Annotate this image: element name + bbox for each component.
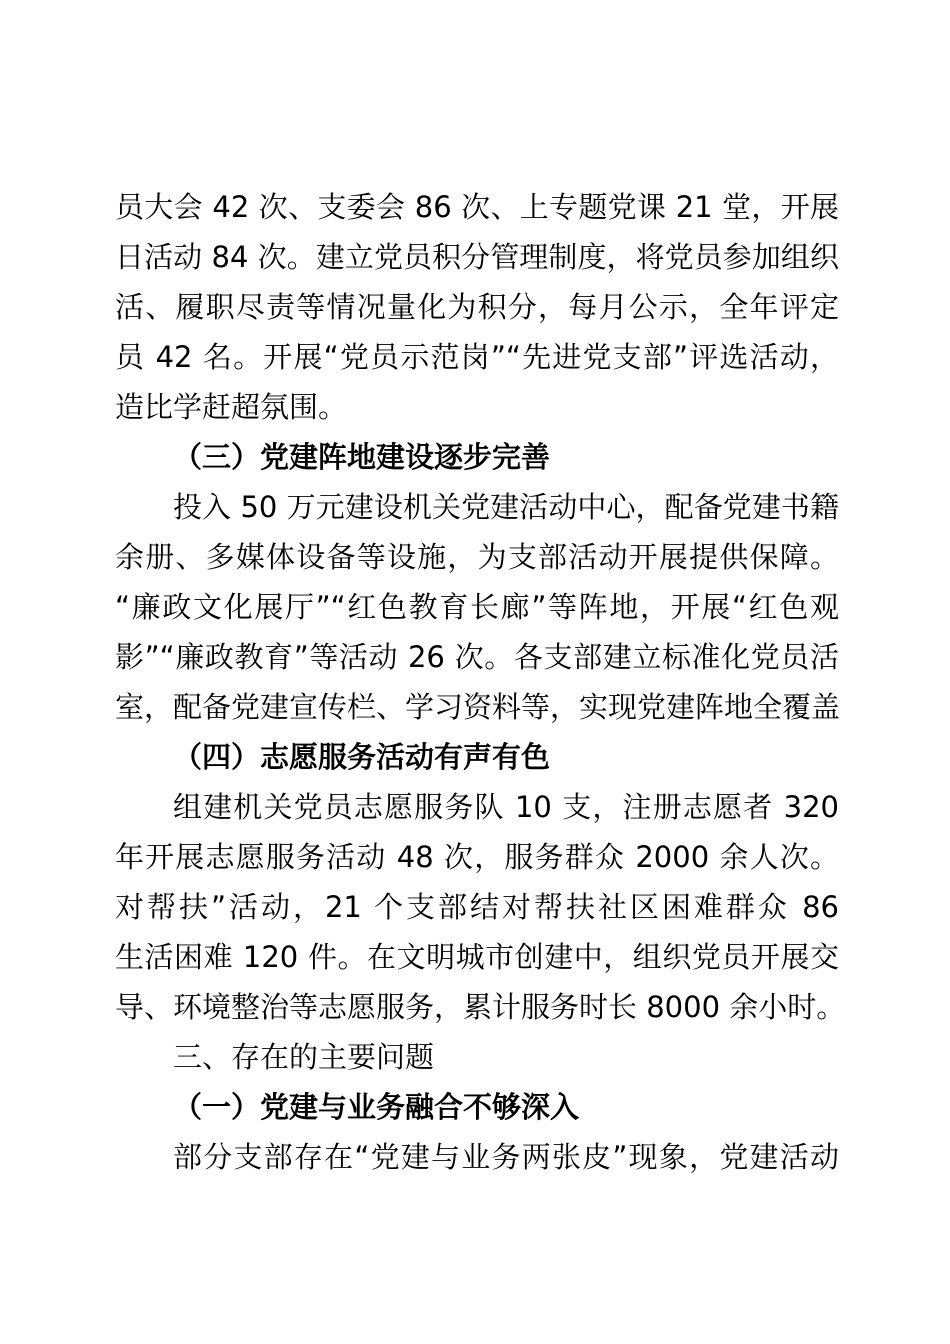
document-line: 员 42 名。开展“党员示范岗”“先进党支部”评选活动，营: [115, 332, 839, 382]
document-line: 日活动 84 次。建立党员积分管理制度，将党员参加组织生: [115, 232, 839, 282]
document-line: 活、履职尽责等情况量化为积分，每月公示，全年评定优秀党: [115, 282, 839, 332]
document-line: 室，配备党建宣传栏、学习资料等，实现党建阵地全覆盖。: [115, 682, 839, 732]
document-page: 员大会 42 次、支委会 86 次、上专题党课 21 堂，开展主题党日活动 84…: [0, 0, 950, 1344]
document-line: （四）志愿服务活动有声有色: [115, 732, 839, 782]
document-line: 影”“廉政教育”等活动 26 次。各支部建立标准化党员活动: [115, 632, 839, 682]
document-line: 员大会 42 次、支委会 86 次、上专题党课 21 堂，开展主题党: [115, 182, 839, 232]
document-line: “廉政文化展厅”“红色教育长廊”等阵地，开展“红色观: [115, 582, 839, 632]
document-line: （一）党建与业务融合不够深入: [115, 1082, 839, 1132]
document-line: 对帮扶”活动，21 个支部结对帮扶社区困难群众 86 户，解决: [115, 882, 839, 932]
document-line: 导、环境整治等志愿服务，累计服务时长 8000 余小时。: [115, 982, 839, 1032]
document-text-block: 员大会 42 次、支委会 86 次、上专题党课 21 堂，开展主题党日活动 84…: [115, 182, 839, 1182]
document-line: 组建机关党员志愿服务队 10 支，注册志愿者 320 人，全: [115, 782, 839, 832]
document-line: 造比学赶超氛围。: [115, 382, 839, 432]
document-line: 年开展志愿服务活动 48 次，服务群众 2000 余人次。开展“结: [115, 832, 839, 882]
document-line: 三、存在的主要问题: [115, 1032, 839, 1082]
document-line: （三）党建阵地建设逐步完善: [115, 432, 839, 482]
document-line: 部分支部存在“党建与业务两张皮”现象，党建活动与业: [115, 1132, 839, 1182]
document-line: 投入 50 万元建设机关党建活动中心，配备党建书籍 3000: [115, 482, 839, 532]
document-line: 生活困难 120 件。在文明城市创建中，组织党员开展交通劝: [115, 932, 839, 982]
document-line: 余册、多媒体设备等设施，为支部活动开展提供保障。打造: [115, 532, 839, 582]
